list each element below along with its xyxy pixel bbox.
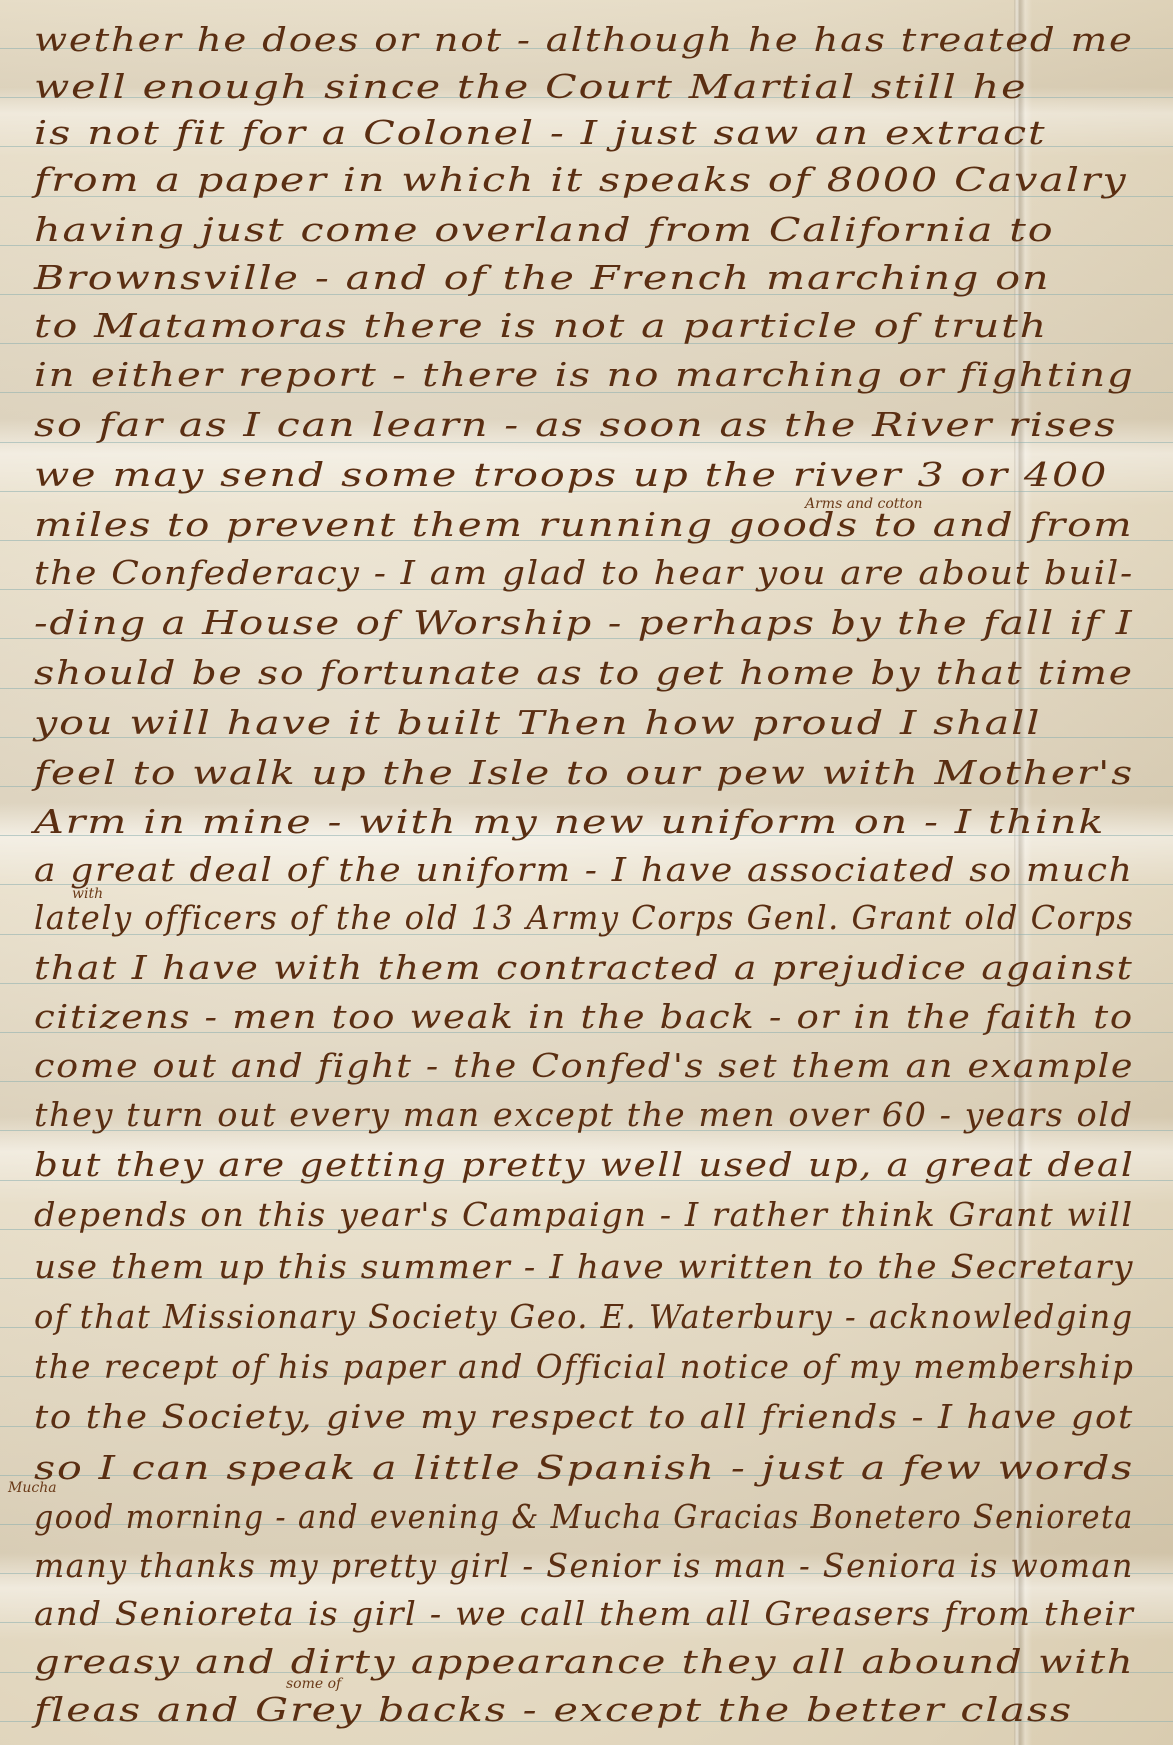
text-line: come out and fight - the Confed's set th… xyxy=(34,1046,1134,1086)
text-line: should be so fortunate as to get home by… xyxy=(34,653,1134,693)
text-line: wether he does or not - although he has … xyxy=(34,20,1134,60)
text-line: fleas and Grey backs - except the better… xyxy=(34,1690,1073,1730)
text-line: well enough since the Court Martial stil… xyxy=(34,67,1027,107)
text-line: depends on this year's Campaign - I rath… xyxy=(34,1195,1134,1235)
text-line: of that Missionary Society Geo. E. Water… xyxy=(34,1297,1134,1337)
text-line: from a paper in which it speaks of 8000 … xyxy=(34,160,1128,200)
text-line: the recept of his paper and Official not… xyxy=(34,1347,1134,1387)
text-line: to Matamoras there is not a particle of … xyxy=(34,306,1048,346)
text-line: miles to prevent them running goods to a… xyxy=(34,505,1134,545)
text-line: citizens - men too weak in the back - or… xyxy=(34,997,1134,1037)
text-line: Brownsville - and of the French marching… xyxy=(34,258,1050,298)
text-line: and Senioreta is girl - we call them all… xyxy=(34,1594,1134,1634)
interlinear-insertion: with xyxy=(72,886,103,902)
text-line: you will have it built Then how proud I … xyxy=(34,703,1041,743)
text-line: so far as I can learn - as soon as the R… xyxy=(34,405,1117,445)
text-line: good morning - and evening & Mucha Graci… xyxy=(34,1497,1134,1537)
text-line: greasy and dirty appearance they all abo… xyxy=(34,1642,1135,1682)
text-line: that I have with them contracted a preju… xyxy=(34,948,1134,988)
text-line: many thanks my pretty girl - Senior is m… xyxy=(34,1546,1134,1586)
letter-page: wether he does or not - although he has … xyxy=(0,0,1173,1745)
text-line: they turn out every man except the men o… xyxy=(34,1095,1134,1135)
text-line: a great deal of the uniform - I have ass… xyxy=(34,850,1134,890)
text-line: in either report - there is no marching … xyxy=(34,355,1135,395)
text-line: we may send some troops up the river 3 o… xyxy=(34,455,1108,495)
text-line: so I can speak a little Spanish - just a… xyxy=(34,1448,1134,1488)
text-line: is not fit for a Colonel - I just saw an… xyxy=(34,113,1046,153)
text-line: Arm in mine - with my new uniform on - I… xyxy=(34,802,1105,842)
text-line: lately officers of the old 13 Army Corps… xyxy=(34,898,1134,938)
text-line: having just come overland from Californi… xyxy=(34,210,1054,250)
text-line: -ding a House of Worship - perhaps by th… xyxy=(34,603,1134,643)
text-line: to the Society, give my respect to all f… xyxy=(34,1397,1134,1437)
interlinear-insertion: some of xyxy=(286,1676,341,1692)
text-line: use them up this summer - I have written… xyxy=(34,1247,1134,1287)
text-line: but they are getting pretty well used up… xyxy=(34,1145,1134,1185)
text-line: feel to walk up the Isle to our pew with… xyxy=(34,753,1134,793)
interlinear-insertion: Arms and cotton xyxy=(805,496,922,512)
interlinear-insertion: Mucha xyxy=(8,1480,57,1496)
text-line: the Confederacy - I am glad to hear you … xyxy=(34,553,1134,593)
